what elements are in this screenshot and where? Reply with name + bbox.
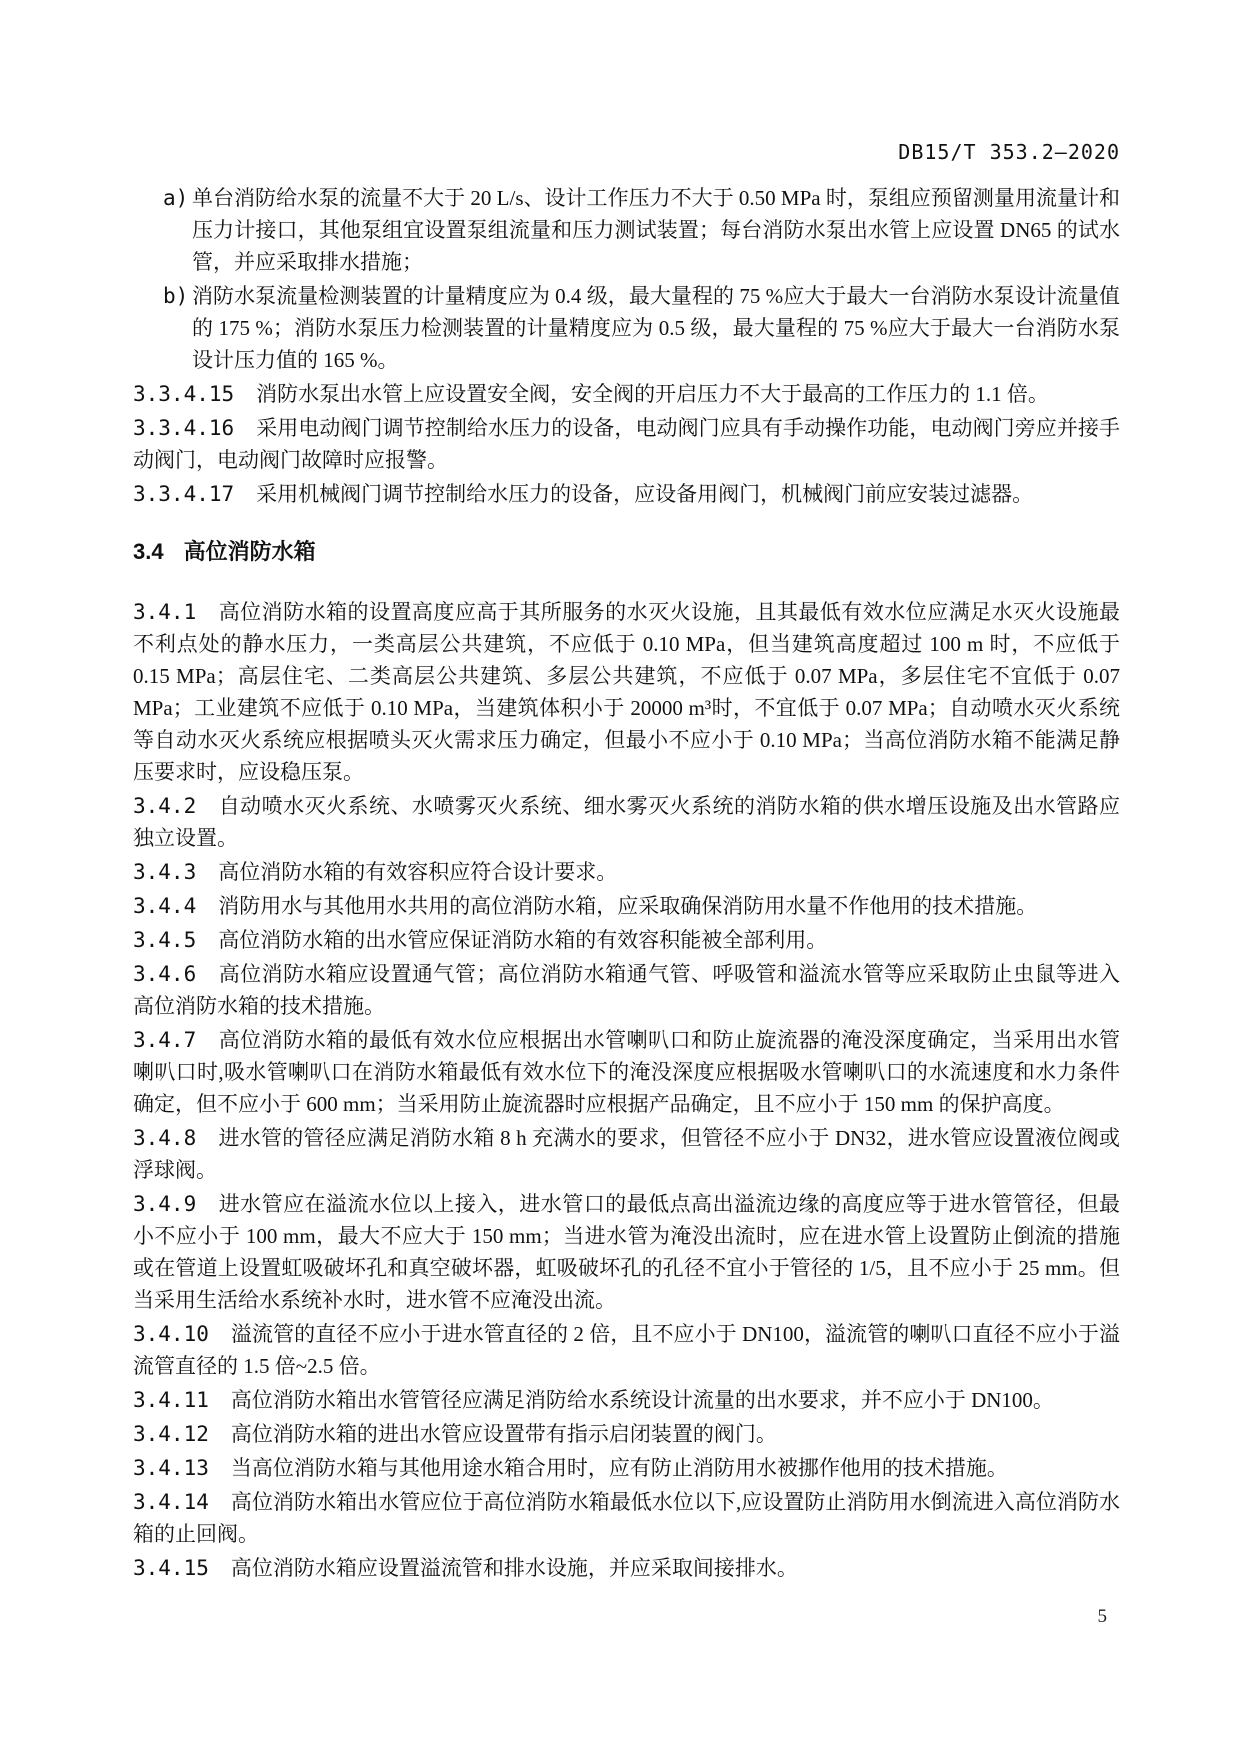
clause-text: 溢流管的直径不应小于进水管直径的 2 倍，且不应小于 DN100，溢流管的喇叭口… [133,1322,1120,1378]
clause-number: 3.4.3 [133,860,196,884]
clause-text: 当高位消防水箱与其他用途水箱合用时，应有防止消防用水被挪作他用的技术措施。 [231,1456,1008,1480]
clause-3-4-2: 3.4.2自动喷水灭火系统、水喷雾灭火系统、细水雾灭火系统的消防水箱的供水增压设… [133,790,1120,854]
clause-3-4-15: 3.4.15高位消防水箱应设置溢流管和排水设施，并应采取间接排水。 [133,1552,1120,1584]
section-heading: 3.4高位消防水箱 [133,536,1120,568]
clause-text: 采用电动阀门调节控制给水压力的设备，电动阀门应具有手动操作功能，电动阀门旁应并接… [133,416,1120,472]
clause-3-3-4-15: 3.3.4.15消防水泵出水管上应设置安全阀，安全阀的开启压力不大于最高的工作压… [133,378,1120,410]
clause-3-4-10: 3.4.10溢流管的直径不应小于进水管直径的 2 倍，且不应小于 DN100，溢… [133,1318,1120,1382]
list-item-b: b) 消防水泵流量检测装置的计量精度应为 0.4 级，最大量程的 75 %应大于… [133,280,1120,376]
clause-number: 3.4.7 [133,1028,196,1052]
clause-text: 进水管的管径应满足消防水箱 8 h 充满水的要求，但管径不应小于 DN32，进水… [133,1126,1120,1182]
clause-3-4-3: 3.4.3高位消防水箱的有效容积应符合设计要求。 [133,856,1120,888]
clause-3-4-12: 3.4.12高位消防水箱的进出水管应设置带有指示启闭装置的阀门。 [133,1418,1120,1450]
clause-3-4-14: 3.4.14高位消防水箱出水管应位于高位消防水箱最低水位以下,应设置防止消防用水… [133,1486,1120,1550]
clause-number: 3.4.2 [133,794,196,818]
list-item-marker: a) [163,182,188,214]
document-page: DB15/T 353.2—2020 a) 单台消防给水泵的流量不大于 20 L/… [0,0,1241,1755]
clause-text: 高位消防水箱的出水管应保证消防水箱的有效容积能被全部利用。 [218,928,827,952]
clause-text: 采用机械阀门调节控制给水压力的设备，应设备用阀门，机械阀门前应安装过滤器。 [256,482,1033,506]
clause-number: 3.4.10 [133,1322,209,1346]
clause-number: 3.4.5 [133,928,196,952]
clause-3-4-13: 3.4.13当高位消防水箱与其他用途水箱合用时，应有防止消防用水被挪作他用的技术… [133,1452,1120,1484]
page-number: 5 [1098,1606,1108,1628]
clause-number: 3.4.11 [133,1388,209,1412]
clause-number: 3.3.4.16 [133,416,234,440]
clause-3-4-11: 3.4.11高位消防水箱出水管管径应满足消防给水系统设计流量的出水要求，并不应小… [133,1384,1120,1416]
clause-number: 3.4.9 [133,1192,196,1216]
clause-number: 3.4.1 [133,600,196,624]
clause-3-4-1: 3.4.1高位消防水箱的设置高度应高于其所服务的水灭火设施，且其最低有效水位应满… [133,596,1120,788]
clause-number: 3.4.12 [133,1422,209,1446]
clause-number: 3.3.4.15 [133,382,234,406]
clause-text: 高位消防水箱的最低有效水位应根据出水管喇叭口和防止旋流器的淹没深度确定，当采用出… [133,1028,1120,1116]
clause-number: 3.4.15 [133,1556,209,1580]
clause-text: 进水管应在溢流水位以上接入，进水管口的最低点高出溢流边缘的高度应等于进水管管径，… [133,1192,1120,1312]
document-number: DB15/T 353.2—2020 [898,140,1120,164]
document-content: a) 单台消防给水泵的流量不大于 20 L/s、设计工作压力不大于 0.50 M… [133,180,1120,1586]
clause-number: 3.4.8 [133,1126,196,1150]
clause-number: 3.4.13 [133,1456,209,1480]
clause-3-4-7: 3.4.7高位消防水箱的最低有效水位应根据出水管喇叭口和防止旋流器的淹没深度确定… [133,1024,1120,1120]
clause-text: 高位消防水箱的进出水管应设置带有指示启闭装置的阀门。 [231,1422,777,1446]
list-item-marker: b) [163,280,188,312]
clause-text: 高位消防水箱出水管管径应满足消防给水系统设计流量的出水要求，并不应小于 DN10… [231,1388,1054,1412]
clause-number: 3.3.4.17 [133,482,234,506]
clause-number: 3.4.4 [133,894,196,918]
clause-text: 自动喷水灭火系统、水喷雾灭火系统、细水雾灭火系统的消防水箱的供水增压设施及出水管… [133,794,1120,850]
list-item-a: a) 单台消防给水泵的流量不大于 20 L/s、设计工作压力不大于 0.50 M… [133,182,1120,278]
clause-text: 高位消防水箱的有效容积应符合设计要求。 [218,860,617,884]
clause-text: 消防水泵出水管上应设置安全阀，安全阀的开启压力不大于最高的工作压力的 1.1 倍… [256,382,1049,406]
list-item-text: 消防水泵流量检测装置的计量精度应为 0.4 级，最大量程的 75 %应大于最大一… [192,284,1120,372]
clause-3-4-4: 3.4.4消防用水与其他用水共用的高位消防水箱，应采取确保消防用水量不作他用的技… [133,890,1120,922]
clause-text: 消防用水与其他用水共用的高位消防水箱，应采取确保消防用水量不作他用的技术措施。 [218,894,1037,918]
clause-3-4-5: 3.4.5高位消防水箱的出水管应保证消防水箱的有效容积能被全部利用。 [133,924,1120,956]
clause-text: 高位消防水箱出水管应位于高位消防水箱最低水位以下,应设置防止消防用水倒流进入高位… [133,1490,1120,1546]
list-item-text: 单台消防给水泵的流量不大于 20 L/s、设计工作压力不大于 0.50 MPa … [192,186,1120,274]
clause-text: 高位消防水箱的设置高度应高于其所服务的水灭火设施，且其最低有效水位应满足水灭火设… [133,600,1120,784]
clause-text: 高位消防水箱应设置溢流管和排水设施，并应采取间接排水。 [231,1556,798,1580]
clause-number: 3.4.6 [133,962,196,986]
clause-3-4-9: 3.4.9进水管应在溢流水位以上接入，进水管口的最低点高出溢流边缘的高度应等于进… [133,1188,1120,1316]
clause-3-4-8: 3.4.8进水管的管径应满足消防水箱 8 h 充满水的要求，但管径不应小于 DN… [133,1122,1120,1186]
section-title: 高位消防水箱 [184,539,316,564]
clause-3-3-4-17: 3.3.4.17采用机械阀门调节控制给水压力的设备，应设备用阀门，机械阀门前应安… [133,478,1120,510]
clause-3-3-4-16: 3.3.4.16采用电动阀门调节控制给水压力的设备，电动阀门应具有手动操作功能，… [133,412,1120,476]
section-number: 3.4 [133,539,164,564]
clause-number: 3.4.14 [133,1490,209,1514]
clause-3-4-6: 3.4.6高位消防水箱应设置通气管；高位消防水箱通气管、呼吸管和溢流水管等应采取… [133,958,1120,1022]
clause-text: 高位消防水箱应设置通气管；高位消防水箱通气管、呼吸管和溢流水管等应采取防止虫鼠等… [133,962,1120,1018]
